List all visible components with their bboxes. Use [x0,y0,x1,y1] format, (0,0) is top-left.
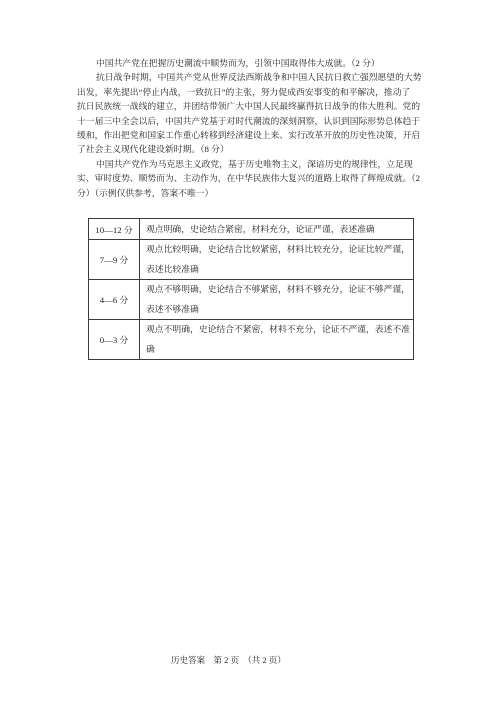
score-range-cell: 7—9 分 [89,240,140,280]
criteria-cell: 观点不够明确，史论结合不够紧密，材料不够充分，论证不够严谨， 表述不够准确 [140,280,414,320]
criteria-line: 观点不明确，史论结合不紧密，材料不充分，论证不严谨，表述不准 [146,320,409,339]
answer-line: 分）（示例仅供参考，答案不唯一） [77,186,423,200]
criteria-line: 表述不够准确 [146,300,409,319]
answer-line: 抗日战争时期，中国共产党从世界反法西斯战争和中国人民抗日救亡强烈愿望的大势 [77,70,423,84]
score-range-cell: 10—12 分 [89,219,140,240]
rubric-row: 0—3 分 观点不明确，史论结合不紧密，材料不充分，论证不严谨，表述不准 确 [89,320,414,360]
answer-line: 缓和，作出把党和国家工作重心转移到经济建设上来、实行改革开放的历史性决策，开启 [77,128,423,142]
answer-line: 中国共产党在把握历史潮流中顺势而为，引领中国取得伟大成就。（2 分） [77,56,423,70]
score-range-cell: 0—3 分 [89,320,140,360]
criteria-cell: 观点明确，史论结合紧密，材料充分，论证严谨，表述准确 [140,219,414,240]
criteria-line: 表述比较准确 [146,260,409,279]
answer-line: 抗日民族统一战线的建立，并团结带领广大中国人民最终赢得抗日战争的伟大胜利。党的 [77,99,423,113]
answer-line: 实、审时度势、顺势而为、主动作为，在中华民族伟大复兴的道路上取得了辉煌成就。（2 [77,171,423,185]
score-range-cell: 4—6 分 [89,280,140,320]
answer-line: 中国共产党作为马克思主义政党，基于历史唯物主义，深谙历史的规律性，立足现 [77,157,423,171]
criteria-cell: 观点比较明确，史论结合比较紧密，材料比较充分，论证比较严谨， 表述比较准确 [140,240,414,280]
scoring-rubric-table: 10—12 分 观点明确，史论结合紧密，材料充分，论证严谨，表述准确 7—9 分… [88,218,414,360]
criteria-line: 确 [146,340,409,359]
criteria-cell: 观点不明确，史论结合不紧密，材料不充分，论证不严谨，表述不准 确 [140,320,414,360]
rubric-row: 4—6 分 观点不够明确，史论结合不够紧密，材料不够充分，论证不够严谨， 表述不… [89,280,414,320]
rubric-row: 10—12 分 观点明确，史论结合紧密，材料充分，论证严谨，表述准确 [89,219,414,240]
criteria-line: 观点不够明确，史论结合不够紧密，材料不够充分，论证不够严谨， [146,280,409,299]
answer-text-block: 中国共产党在把握历史潮流中顺势而为，引领中国取得伟大成就。（2 分） 抗日战争时… [77,56,423,200]
answer-line: 十一届三中全会以后，中国共产党基于对时代潮流的深刻洞察，认识到国际形势总体趋于 [77,114,423,128]
rubric-row: 7—9 分 观点比较明确，史论结合比较紧密，材料比较充分，论证比较严谨， 表述比… [89,240,414,280]
page-footer: 历史答案 第 2 页 （共 2 页） [171,654,286,666]
criteria-line: 观点比较明确，史论结合比较紧密，材料比较充分，论证比较严谨， [146,240,409,259]
document-page: 中国共产党在把握历史潮流中顺势而为，引领中国取得伟大成就。（2 分） 抗日战争时… [0,0,500,707]
criteria-line: 观点明确，史论结合紧密，材料充分，论证严谨，表述准确 [146,220,409,238]
answer-line: 出发，率先提出“停止内战，一致抗日”的主张，努力促成西安事变的和平解决，推动了 [77,85,423,99]
answer-line: 了社会主义现代化建设新时期。（8 分） [77,142,423,156]
